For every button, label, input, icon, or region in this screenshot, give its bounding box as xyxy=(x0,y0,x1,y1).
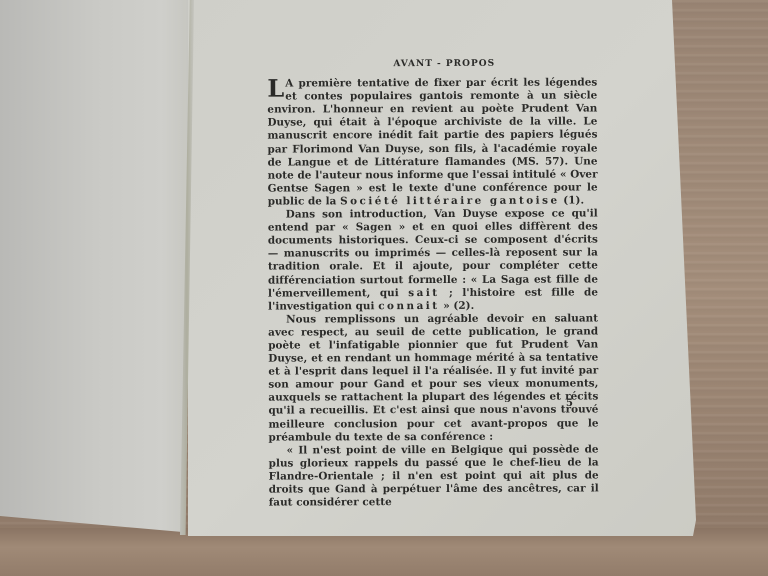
paragraph-1: LA première tentative de fixer par écrit… xyxy=(267,77,597,209)
paragraph-3: Nous remplissons un agréable devoir en s… xyxy=(268,312,598,444)
page-text: AVANT - PROPOS LA première tentative de … xyxy=(267,57,599,509)
page-number: 5 xyxy=(566,398,573,409)
chapter-title: AVANT - PROPOS xyxy=(267,57,597,71)
paragraph-2: Dans son introduction, Van Duyse expose … xyxy=(268,207,598,313)
paragraph-4-quote: « Il n'est point de ville en Belgique qu… xyxy=(269,443,599,510)
left-blank-page xyxy=(0,0,190,532)
drop-cap: L xyxy=(267,79,284,99)
